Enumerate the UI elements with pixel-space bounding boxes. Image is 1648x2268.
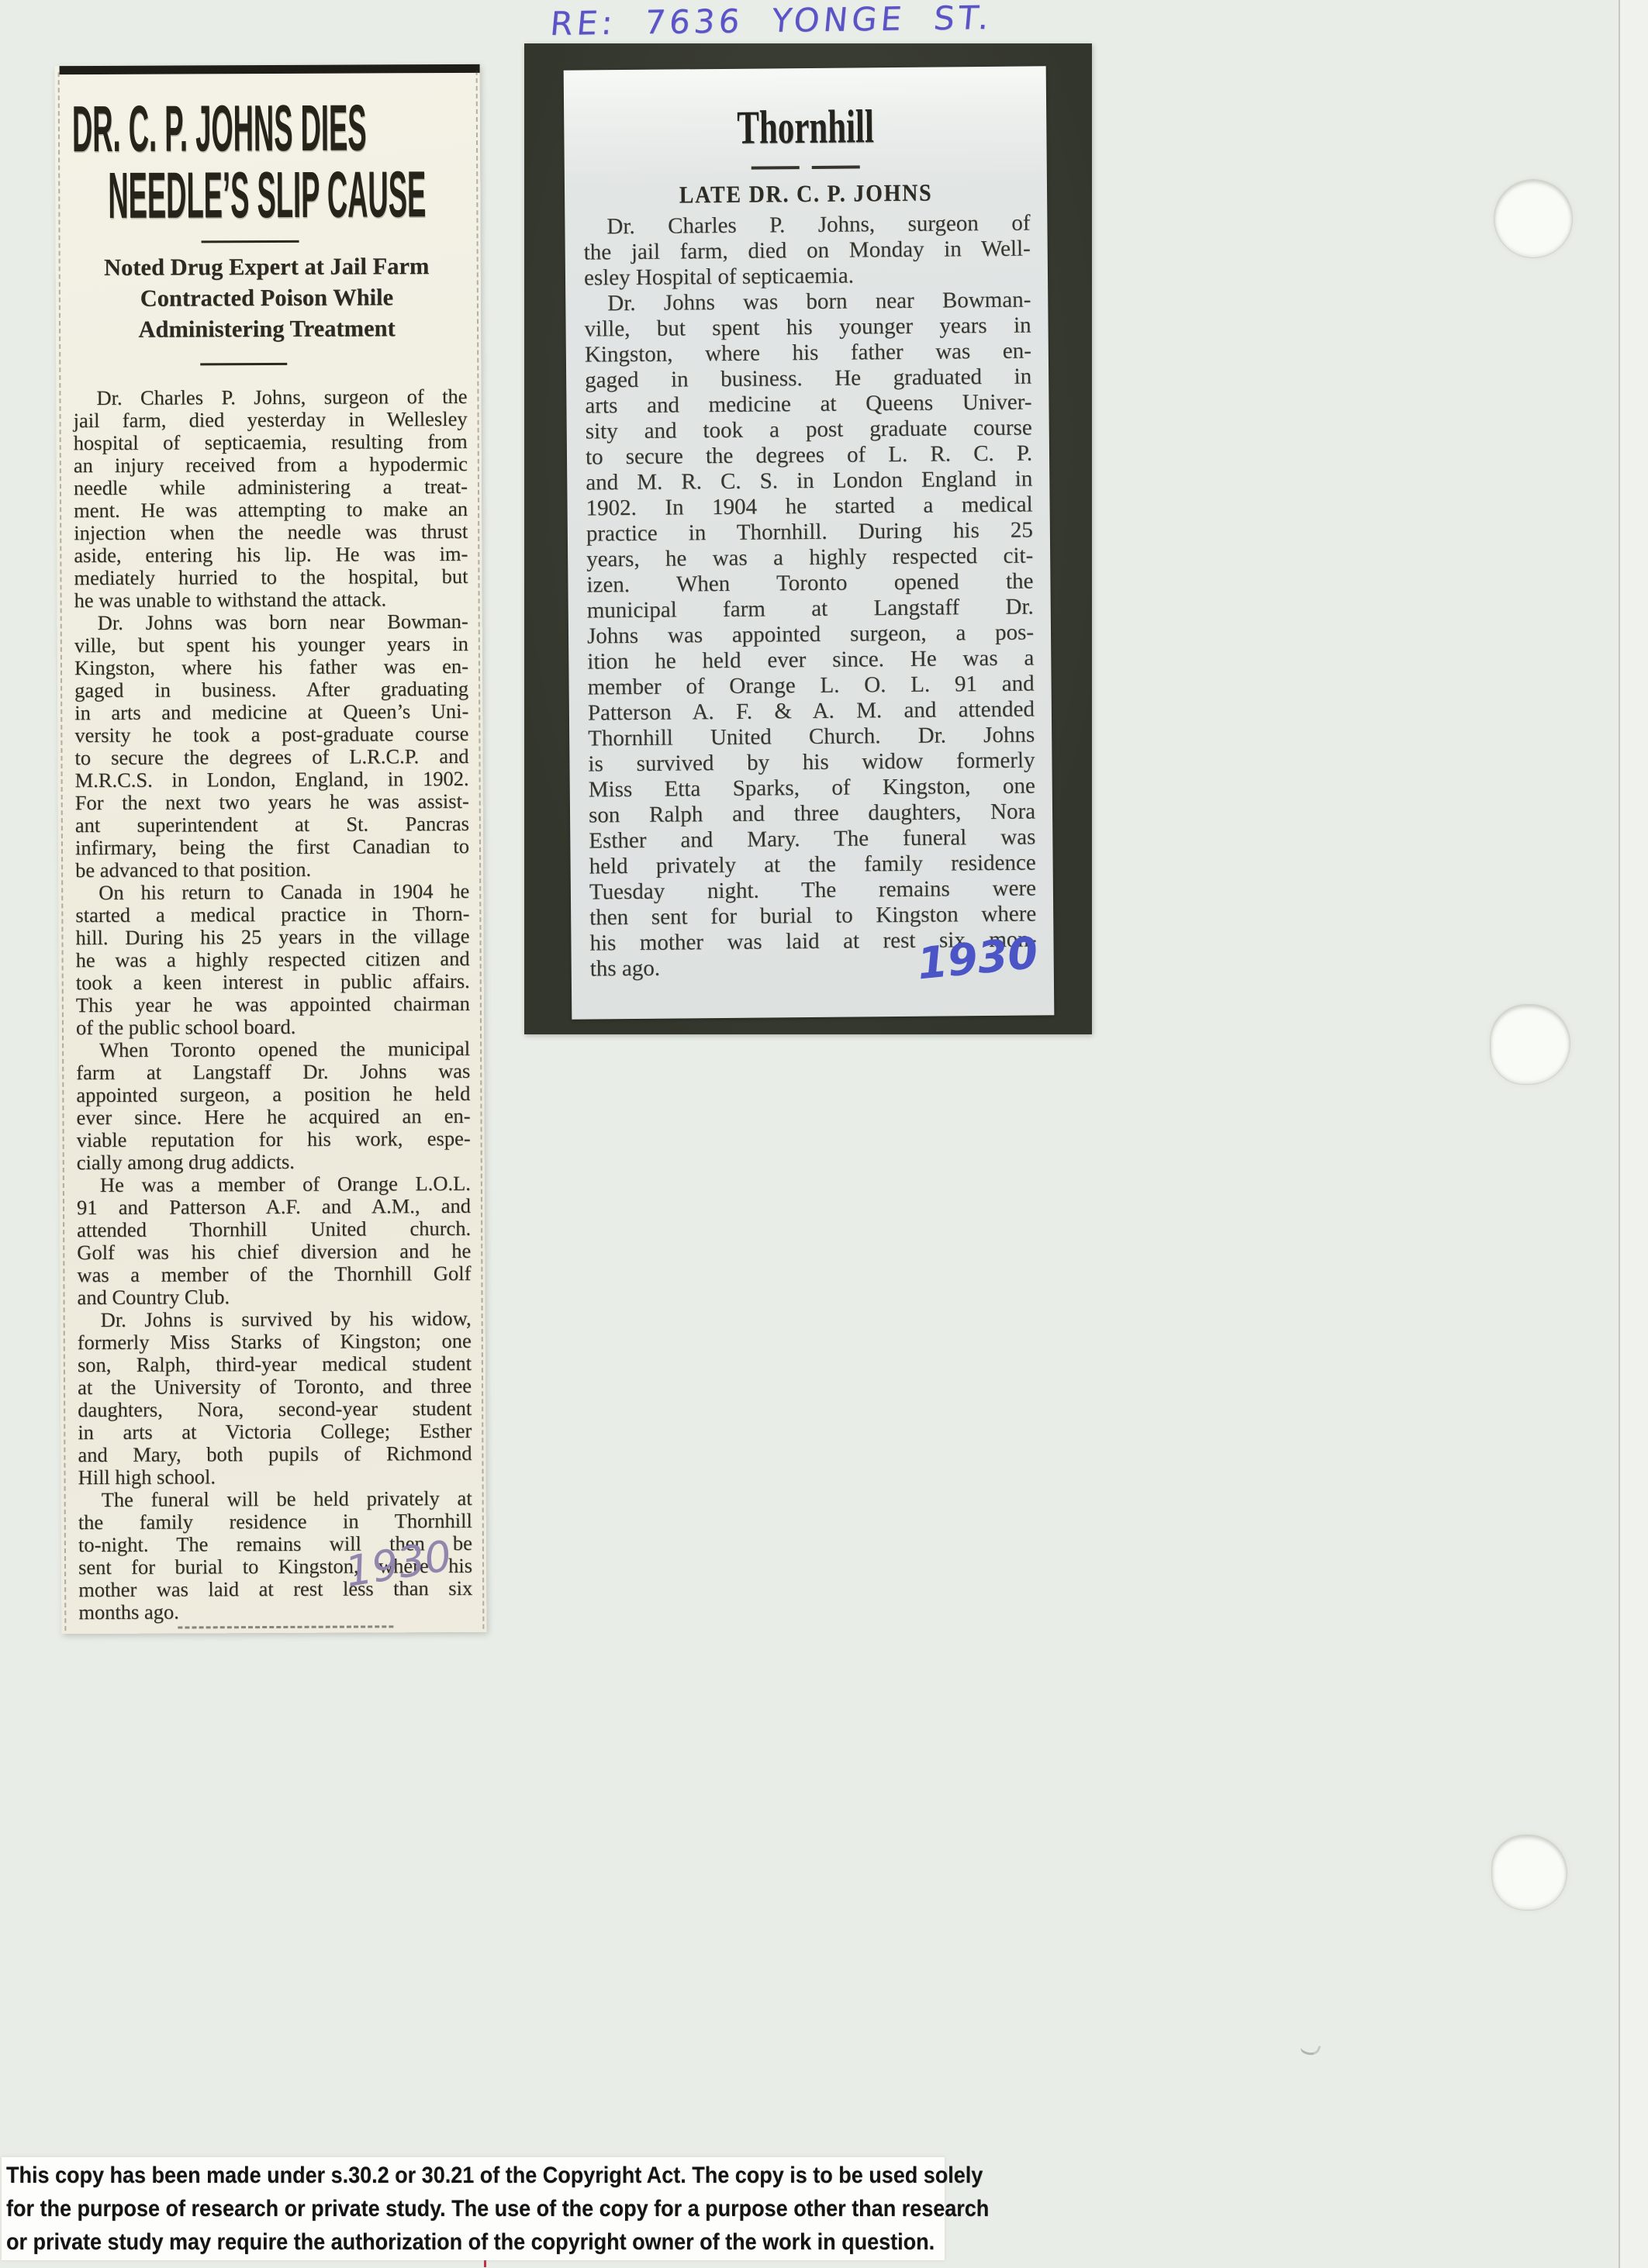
text-line: at the University of Toronto, and three	[78, 1375, 472, 1399]
text-line: Tuesday night. The remains were	[589, 875, 1036, 905]
text-line: he was unable to withstand the attack.	[74, 588, 468, 612]
text-line: in arts at Victoria College; Esther	[78, 1420, 472, 1444]
text-line: and Mary, both pupils of Richmond	[78, 1442, 472, 1466]
article-body: Dr. Charles P. Johns, surgeon of thejail…	[73, 385, 472, 1624]
text-line: Dr. Charles P. Johns, surgeon of	[583, 210, 1030, 240]
text-line: ment. He was attempting to make an	[74, 498, 468, 522]
text-line: Dr. Charles P. Johns, surgeon of the	[73, 385, 467, 409]
text-line: needle while administering a treat-	[74, 475, 468, 499]
obituary-heading: LATE DR. C. P. JOHNS	[589, 178, 1023, 210]
text-line: daughters, Nora, second-year student	[78, 1397, 472, 1421]
text-line: cially among drug addicts.	[77, 1150, 471, 1174]
text-line: appointed surgeon, a position he held	[76, 1082, 470, 1106]
paragraph: Dr. Charles P. Johns, surgeon ofthe jail…	[583, 210, 1031, 291]
text-line: Golf was his chief diversion and he	[77, 1240, 471, 1264]
text-line: the jail farm, died on Monday in Well-	[584, 236, 1031, 265]
text-line: He was a member of Orange L.O.L.	[77, 1172, 471, 1196]
text-line: infirmary, being the first Canadian to	[75, 835, 469, 859]
headline-line-2: NEEDLE’S SLIP CAUSE	[108, 157, 426, 234]
subtitle-line: Noted Drug Expert at Jail Farm	[62, 250, 472, 283]
text-line: was a member of the Thornhill Golf	[77, 1262, 471, 1286]
punch-hole	[1494, 180, 1572, 257]
text-line: M.R.C.S. in London, England, in 1902.	[75, 768, 469, 792]
text-line: Dr. Johns is survived by his widow,	[78, 1307, 472, 1331]
text-line: viable reputation for his work, espe-	[77, 1127, 471, 1151]
text-line: izen. When Toronto opened the	[586, 568, 1033, 598]
text-line: ever since. Here he acquired an en-	[76, 1105, 470, 1129]
text-line: Miss Etta Sparks, of Kingston, one	[589, 773, 1035, 803]
divider-rule	[202, 240, 299, 243]
stray-red-mark	[484, 2260, 486, 2267]
paragraph: He was a member of Orange L.O.L.91 and P…	[77, 1172, 472, 1309]
text-line: to secure the degrees of L.R.C.P. and	[74, 745, 468, 769]
text-line: farm at Langstaff Dr. Johns was	[76, 1060, 470, 1084]
text-line: 1902. In 1904 he started a medical	[586, 492, 1032, 521]
copyright-notice: This copy has been made under s.30.2 or …	[2, 2157, 945, 2260]
subtitle-line: Administering Treatment	[62, 312, 472, 345]
scan-page-edge	[1619, 0, 1648, 2268]
text-line: years, he was a highly respected cit-	[586, 543, 1033, 572]
paragraph: Dr. Johns was born near Bowman-ville, bu…	[74, 610, 470, 882]
right-newspaper-clipping: Thornhill LATE DR. C. P. JOHNS Dr. Charl…	[564, 66, 1055, 1019]
text-line: of the public school board.	[76, 1015, 470, 1039]
text-line: practice in Thornhill. During his 25	[586, 517, 1033, 547]
text-line: member of Orange L. O. L. 91 and	[587, 671, 1034, 700]
copyright-line: This copy has been made under s.30.2 or …	[6, 2159, 851, 2192]
text-line: months ago.	[78, 1600, 472, 1624]
text-line: Esther and Mary. The funeral was	[589, 824, 1035, 854]
text-line: mediately hurried to the hospital, but	[74, 565, 468, 589]
text-line: and M. R. C. S. in London England in	[586, 466, 1032, 495]
paragraph: On his return to Canada in 1904 hestarte…	[75, 880, 470, 1039]
paragraph: When Toronto opened the municipalfarm at…	[76, 1037, 471, 1174]
text-line: gaged in business. After graduating	[74, 678, 468, 702]
paragraph: Dr. Charles P. Johns, surgeon of thejail…	[73, 385, 468, 612]
scanned-archive-page: RE: 7636 YONGE ST. DR. C. P. JOHNS DIES …	[0, 0, 1648, 2268]
text-line: an injury received from a hypodermic	[74, 453, 468, 477]
clipping-bottom-edge	[178, 1625, 393, 1628]
text-line: formerly Miss Starks of Kingston; one	[78, 1330, 472, 1354]
text-line: Johns was appointed surgeon, a pos-	[587, 620, 1034, 649]
headline-line-1: DR. C. P. JOHNS DIES	[72, 91, 367, 167]
text-line: held privately at the family residence	[589, 850, 1035, 879]
punch-hole	[1491, 1005, 1570, 1084]
text-line: is survived by his widow formerly	[588, 747, 1035, 777]
text-line: Thornhill United Church. Dr. Johns	[588, 722, 1035, 751]
text-line: Kingston, where his father was en-	[585, 338, 1031, 368]
text-line: son Ralph and three daughters, Nora	[589, 799, 1035, 828]
text-line: hill. During his 25 years in the village	[75, 925, 469, 949]
stray-pen-mark	[1300, 2039, 1322, 2059]
text-line: started a medical practice in Thorn-	[75, 903, 469, 927]
text-line: then sent for burial to Kingston where	[589, 901, 1036, 930]
text-line: jail farm, died yesterday in Wellesley	[74, 408, 468, 432]
text-line: sity and took a post graduate course	[586, 415, 1032, 444]
text-line: he was a highly respected citizen and	[76, 948, 470, 972]
handwritten-annotation: RE: 7636 YONGE ST.	[548, 0, 994, 43]
punch-hole	[1492, 1835, 1567, 1910]
text-line: Kingston, where his father was en-	[74, 655, 468, 679]
text-line: to secure the degrees of L. R. C. P.	[586, 440, 1032, 470]
text-line: versity he took a post-graduate course	[74, 723, 468, 747]
subtitle-line: Contracted Poison While	[62, 281, 472, 314]
column-title: Thornhill	[737, 99, 874, 155]
copyright-line: or private study may require the authori…	[6, 2225, 851, 2259]
text-line: injection when the needle was thrust	[74, 520, 468, 544]
text-line: Hill high school.	[78, 1465, 472, 1489]
text-line: Dr. Johns was born near Bowman-	[584, 287, 1031, 316]
left-newspaper-clipping: DR. C. P. JOHNS DIES NEEDLE’S SLIP CAUSE…	[55, 64, 487, 1634]
black-mount-backing: Thornhill LATE DR. C. P. JOHNS Dr. Charl…	[524, 43, 1092, 1034]
text-line: ition he held ever since. He was a	[587, 645, 1034, 675]
text-line: gaged in business. He graduated in	[585, 364, 1031, 393]
article-body: Dr. Charles P. Johns, surgeon ofthe jail…	[583, 210, 1037, 982]
text-line: the family residence in Thornhill	[78, 1510, 472, 1534]
text-line: son, Ralph, third-year medical student	[78, 1352, 472, 1376]
text-line: be advanced to that position.	[75, 858, 469, 882]
article-subtitle: Noted Drug Expert at Jail FarmContracted…	[62, 250, 472, 345]
text-line: esley Hospital of septicaemia.	[584, 261, 1031, 291]
text-line: This year he was appointed chairman	[76, 992, 470, 1017]
text-line: For the next two years he was assist-	[75, 790, 469, 814]
text-line: municipal farm at Langstaff Dr.	[587, 594, 1034, 623]
text-line: Patterson A. F. & A. M. and attended	[588, 696, 1035, 726]
clipping-top-edge	[60, 64, 480, 74]
text-line: 91 and Patterson A.F. and A.M., and	[77, 1195, 471, 1219]
text-line: When Toronto opened the municipal	[76, 1037, 470, 1062]
text-line: attended Thornhill United church.	[77, 1217, 471, 1241]
text-line: hospital of septicaemia, resulting from	[74, 430, 468, 454]
text-line: ant superintendent at St. Pancras	[75, 813, 469, 837]
text-line: Dr. Johns was born near Bowman-	[74, 610, 468, 634]
text-line: The funeral will be held privately at	[78, 1487, 472, 1511]
text-line: aside, entering his lip. He was im-	[74, 543, 468, 567]
handwritten-year: 1930	[915, 928, 1040, 990]
paragraph: Dr. Johns is survived by his widow,forme…	[78, 1307, 472, 1489]
column-title-row: Thornhill	[564, 98, 1047, 154]
text-line: took a keen interest in public affairs.	[76, 970, 470, 994]
copyright-line: for the purpose of research or private s…	[6, 2192, 851, 2225]
text-line: in arts and medicine at Queen’s Uni-	[74, 700, 468, 724]
text-line: ville, but spent his younger years in	[584, 312, 1031, 342]
text-line: arts and medicine at Queens Univer-	[585, 389, 1031, 419]
paragraph: Dr. Johns was born near Bowman-ville, bu…	[584, 287, 1037, 982]
text-line: ville, but spent his younger years in	[74, 633, 468, 657]
divider-rule	[200, 363, 287, 365]
text-line: On his return to Canada in 1904 he	[75, 880, 469, 904]
text-line: and Country Club.	[77, 1285, 471, 1309]
